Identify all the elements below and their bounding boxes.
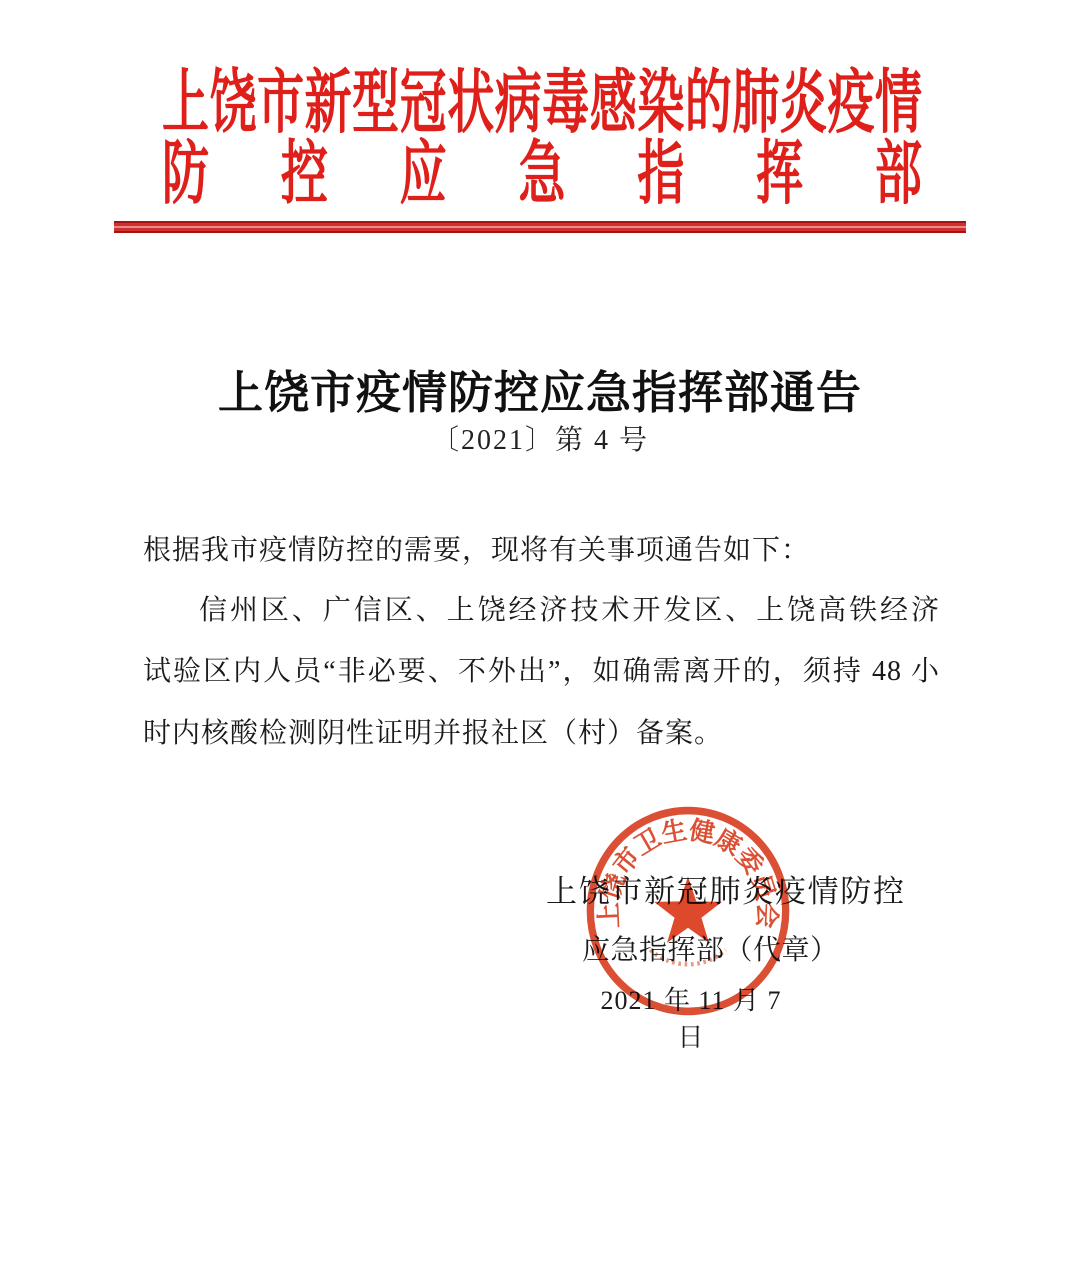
letterhead-char: 冠 [400,70,447,140]
letterhead-char: 饶 [210,70,257,140]
notice-doc-number: 〔2021〕第 4 号 [0,418,1080,458]
letterhead-char: 型 [352,70,399,140]
body-line-4: 时内核酸检测阴性证明并报社区（村）备案。 [143,714,940,754]
letterhead-char: 染 [637,70,684,140]
letterhead-divider [114,221,966,233]
letterhead-char: 应 [400,141,447,211]
letterhead-char: 肺 [732,70,779,140]
letterhead-char: 状 [447,70,494,140]
letterhead-char: 上 [162,70,209,140]
signature-date: 2021 年 11 月 7 日 [586,980,796,1054]
letterhead-char: 毒 [542,70,589,140]
letterhead-char: 防 [162,141,209,211]
letterhead-char: 炎 [780,70,827,140]
letterhead-char: 挥 [756,141,803,211]
letterhead-char: 控 [281,141,328,211]
letterhead-char: 疫 [827,70,874,140]
letterhead-char: 新 [305,70,352,140]
letterhead-char: 急 [518,141,565,211]
letterhead-line2: 防控应急指挥部 [162,141,922,211]
letterhead-char: 病 [495,70,542,140]
body-line-2: 信州区、广信区、上饶经济技术开发区、上饶高铁经济 [143,591,940,631]
body-line-1: 根据我市疫情防控的需要，现将有关事项通告如下： [143,531,940,571]
letterhead-char: 情 [875,70,922,140]
signature-org-line2: 应急指挥部（代章） [582,928,838,968]
letterhead-char: 部 [875,141,922,211]
letterhead-line1: 上饶市新型冠状病毒感染的肺炎疫情 [162,70,922,140]
letterhead-char: 感 [590,70,637,140]
notice-title: 上饶市疫情防控应急指挥部通告 [0,356,1080,421]
signature-org-line1: 上饶市新冠肺炎疫情防控 [546,866,904,911]
letterhead-char: 市 [257,70,304,140]
letterhead-char: 指 [637,141,684,211]
body-line-3: 试验区内人员“非必要、不外出”，如确需离开的，须持 48 小 [143,652,940,692]
letterhead-char: 的 [685,70,732,140]
